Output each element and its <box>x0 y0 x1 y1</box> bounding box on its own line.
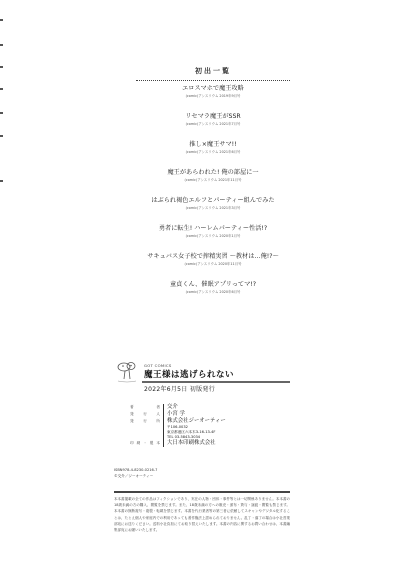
binding-mark <box>0 112 3 114</box>
story-source: (comic)アンスリウム 2021年7月号 <box>136 121 290 127</box>
credits: 著者 交介 発行人 小宮 学 発行所 株式会社ジーオーティー 〒106-0032… <box>130 404 226 447</box>
list-item: サキュバス女子校で搾精実習 ～教材は…俺!?～ (comic)アンスリウム 20… <box>136 252 290 267</box>
dotted-divider <box>136 80 290 81</box>
credit-value: 小宮 学 <box>163 411 185 418</box>
story-title: 童貞くん、催眠アプリってマ!? <box>136 280 290 289</box>
legal-notice: 本本書掲載の全ての作品はフィクションであり、実在の人物・団体・事件等とは一切関係… <box>114 496 290 533</box>
credit-value: 大日本印刷株式会社 <box>163 440 216 447</box>
credit-row-address: 〒106-0032 東京都港区六本木3-16-13-4F TEL 03-5843… <box>130 425 226 440</box>
story-title: 推し×魔王サマ!! <box>136 140 290 149</box>
list-item: リセマラ魔王がSSR (comic)アンスリウム 2021年7月号 <box>136 112 290 127</box>
binding-mark <box>0 66 3 68</box>
binding-mark <box>0 19 3 21</box>
story-source: (comic)アンスリウム 2020年6月号 <box>136 289 290 295</box>
story-source: (comic)アンスリウム 2019年9月号 <box>136 93 290 99</box>
story-title: 魔王があらわれた! 俺の部屋に一 <box>136 168 290 177</box>
credit-value: 交介 <box>163 404 178 411</box>
binding-mark <box>0 44 3 46</box>
publisher-mascot-logo-icon <box>116 360 138 384</box>
story-title: はぶられ褐色エルフとパーティー組んでみた <box>136 196 290 205</box>
isbn-block: ISBN978-4-8230-0216-7 ©交介／ジーオーティー <box>114 468 157 479</box>
story-source: (comic)アンスリウム 2021年11月号 <box>136 177 290 183</box>
binding-mark <box>0 180 3 182</box>
credit-row-printer: 印刷・製本 大日本印刷株式会社 <box>130 440 226 447</box>
story-source: (comic)アンスリウム 2021年6月号 <box>136 149 290 155</box>
book-title: 魔王様は逃げられない <box>144 368 234 380</box>
first-publication-list: 初出一覧 エロスマホで魔王攻略 (comic)アンスリウム 2019年9月号 リ… <box>136 66 290 295</box>
colophon: GOT COMICS 魔王様は逃げられない 2022年6月5日 初版発行 著者 … <box>114 360 290 388</box>
credit-key: 著者 <box>130 404 163 411</box>
credit-row-author: 著者 交介 <box>130 404 226 411</box>
publication-date: 2022年6月5日 初版発行 <box>144 384 215 393</box>
list-item: はぶられ褐色エルフとパーティー組んでみた (comic)アンスリウム 2021年… <box>136 196 290 211</box>
story-title: エロスマホで魔王攻略 <box>136 84 290 93</box>
isbn: ISBN978-4-8230-0216-7 <box>114 468 157 474</box>
list-item: 魔王があらわれた! 俺の部屋に一 (comic)アンスリウム 2021年11月号 <box>136 168 290 183</box>
credit-row-publisher: 発行所 株式会社ジーオーティー <box>130 418 226 425</box>
credit-row-publisher-person: 発行人 小宮 学 <box>130 411 226 418</box>
copyright: ©交介／ジーオーティー <box>114 474 157 480</box>
list-item: エロスマホで魔王攻略 (comic)アンスリウム 2019年9月号 <box>136 84 290 99</box>
binding-mark <box>0 88 3 90</box>
list-item: 勇者に転生! ハーレムパーティー性活!? (comic)アンスリウム 2020年… <box>136 224 290 239</box>
first-publication-heading: 初出一覧 <box>136 66 290 76</box>
binding-mark <box>0 135 3 137</box>
credit-key: 発行人 <box>130 411 163 418</box>
title-rule <box>142 381 290 383</box>
story-source: (comic)アンスリウム 2020年1月号 <box>136 233 290 239</box>
list-item: 童貞くん、催眠アプリってマ!? (comic)アンスリウム 2020年6月号 <box>136 280 290 295</box>
credit-key: 印刷・製本 <box>130 440 163 447</box>
story-title: 勇者に転生! ハーレムパーティー性活!? <box>136 224 290 233</box>
list-item: 推し×魔王サマ!! (comic)アンスリウム 2021年6月号 <box>136 140 290 155</box>
notice-divider <box>114 491 290 493</box>
credit-value: 株式会社ジーオーティー <box>163 418 226 425</box>
publisher-address: 〒106-0032 東京都港区六本木3-16-13-4F TEL 03-5843… <box>163 425 215 440</box>
credit-key: 発行所 <box>130 418 163 425</box>
binding-marks <box>0 0 6 577</box>
story-source: (comic)アンスリウム 2020年11月号 <box>136 261 290 267</box>
story-title: サキュバス女子校で搾精実習 ～教材は…俺!?～ <box>136 252 290 261</box>
story-source: (comic)アンスリウム 2021年3月号 <box>136 205 290 211</box>
story-title: リセマラ魔王がSSR <box>136 112 290 121</box>
